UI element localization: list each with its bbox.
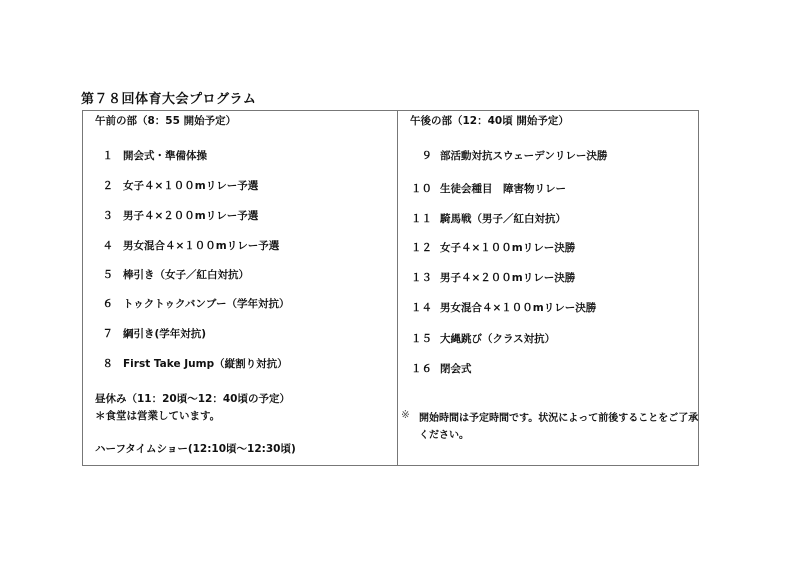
reference-mark-icon: ※ — [401, 409, 410, 421]
item-number: ３ — [93, 208, 113, 223]
item-label: 部活動対抗スウェーデンリレー決勝 — [440, 148, 607, 163]
item-label: 男女混合４×１００mリレー予選 — [123, 238, 279, 253]
item-label: 棒引き（女子／紅白対抗） — [123, 267, 249, 282]
item-label: 閉会式 — [440, 361, 472, 376]
schedule-note-line1: 開始時間は予定時間です。状況によって前後することをご了承 — [419, 409, 698, 424]
item-label: 男子４×２００mリレー決勝 — [440, 270, 575, 285]
item-label: 開会式・準備体操 — [123, 148, 207, 163]
item-label: 男女混合４×１００mリレー決勝 — [440, 300, 596, 315]
item-number: ６ — [93, 296, 113, 311]
item-number: ４ — [93, 238, 113, 253]
cafeteria-note: ＊食堂は営業しています。 — [95, 408, 220, 423]
lunch-break: 昼休み（11：20頃～12：40頃の予定） — [95, 391, 290, 406]
item-number: １６ — [402, 361, 432, 376]
afternoon-section: 午後の部（12：40頃 開始予定） ９ 部活動対抗スウェーデンリレー決勝 １０ … — [398, 111, 698, 465]
item-number: １１ — [402, 211, 432, 226]
item-label: トゥクトゥクバンブー（学年対抗） — [123, 296, 290, 311]
item-number: ５ — [93, 267, 113, 282]
morning-section: 午前の部（8：55 開始予定） １ 開会式・準備体操 ２ 女子４×１００mリレー… — [83, 111, 397, 465]
item-label: 女子４×１００mリレー予選 — [123, 178, 258, 193]
item-number: １ — [93, 148, 113, 163]
item-number: １５ — [402, 331, 432, 346]
item-label: 生徒会種目 障害物リレー — [440, 181, 566, 196]
item-number: ７ — [93, 326, 113, 341]
afternoon-header: 午後の部（12：40頃 開始予定） — [410, 113, 569, 128]
page-title: 第７８回体育大会プログラム — [81, 88, 256, 107]
item-number: １３ — [402, 270, 432, 285]
item-label: First Take Jump（縦割り対抗） — [123, 356, 288, 371]
halftime-show: ハーフタイムショー(12:10頃～12:30頃) — [95, 441, 296, 456]
item-label: 男子４×２００mリレー予選 — [123, 208, 258, 223]
item-number: ８ — [93, 356, 113, 371]
item-label: 綱引き(学年対抗) — [123, 326, 206, 341]
program-table: 午前の部（8：55 開始予定） １ 開会式・準備体操 ２ 女子４×１００mリレー… — [82, 110, 699, 466]
item-number: １０ — [402, 181, 432, 196]
item-number: ２ — [93, 178, 113, 193]
item-number: ９ — [402, 148, 432, 163]
item-number: １２ — [402, 240, 432, 255]
item-label: 騎馬戦（男子／紅白対抗） — [440, 211, 566, 226]
item-label: 大縄跳び（クラス対抗） — [440, 331, 555, 346]
item-label: 女子４×１００mリレー決勝 — [440, 240, 575, 255]
morning-header: 午前の部（8：55 開始予定） — [95, 113, 236, 128]
item-number: １４ — [402, 300, 432, 315]
schedule-note-line2: ください。 — [419, 426, 469, 441]
